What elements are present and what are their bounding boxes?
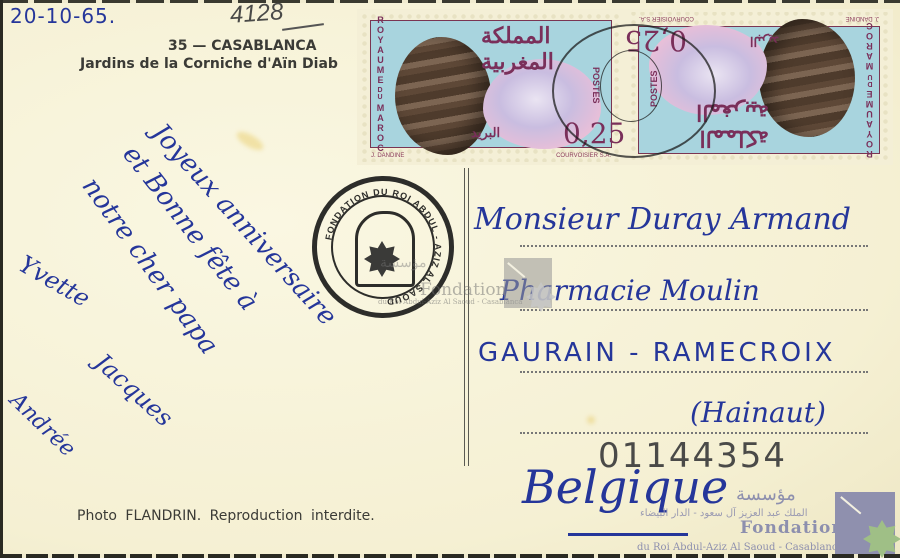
watermark-arabic-title: مؤسسة bbox=[380, 255, 426, 271]
caption-subtitle: Jardins de la Corniche d'Aïn Diab bbox=[80, 56, 338, 72]
photo-credit: Photo FLANDRIN. Reproduction interdite. bbox=[77, 508, 375, 524]
address-recipient: Monsieur Duray Armand bbox=[474, 202, 851, 237]
stamp-country-label: ROYAUME DU MAROC bbox=[373, 27, 387, 141]
stamp-arabic-label: البريد bbox=[750, 33, 779, 49]
handwritten-date: 20-10-65. bbox=[10, 4, 116, 28]
stamp-printer: COURVOISIER S.A. bbox=[556, 153, 611, 159]
stamp-country-label: ROYAUME DU MAROC bbox=[863, 33, 877, 147]
postcard-divider bbox=[464, 168, 469, 466]
caption-title: 35 — CASABLANCA bbox=[168, 38, 317, 54]
watermark-title: Fondation bbox=[740, 518, 845, 538]
octagram-star-icon bbox=[863, 520, 900, 558]
address-line-rule bbox=[520, 371, 868, 373]
stain-mark bbox=[587, 416, 595, 424]
address-city: GAURAIN - RAMECROIX bbox=[478, 338, 836, 368]
watermark-logo bbox=[504, 258, 552, 308]
card-top-edge bbox=[0, 0, 900, 3]
country-underline bbox=[568, 533, 688, 536]
postmark-inner-circle bbox=[600, 50, 662, 122]
card-bottom-edge bbox=[0, 554, 900, 558]
signature-andree: Andrée bbox=[5, 388, 80, 462]
card-left-edge bbox=[0, 0, 3, 558]
signature-yvette: Yvette bbox=[14, 250, 95, 313]
signature-jacques: Jacques bbox=[89, 348, 178, 432]
foundation-logo-icon bbox=[835, 492, 895, 554]
address-province: (Hainaut) bbox=[690, 396, 826, 429]
address-line-rule bbox=[520, 432, 868, 434]
watermark-subtitle: du Roi Abdul-Aziz Al Saoud - Casablanca bbox=[378, 298, 522, 306]
postcard-back: 20-10-65. 4128 35 — CASABLANCA Jardins d… bbox=[0, 0, 900, 558]
address-line-rule bbox=[520, 245, 868, 247]
stamp-printer: COURVOISIER S.A. bbox=[639, 15, 694, 21]
stain-mark bbox=[234, 128, 266, 153]
stamp-designer: J. DANDINE bbox=[371, 153, 404, 159]
stamp-arabic-label: البريد bbox=[471, 125, 500, 141]
watermark-arabic-title: مؤسسة bbox=[736, 484, 796, 505]
underline-mark bbox=[282, 23, 324, 31]
stamp-designer: J. DANDINE bbox=[846, 15, 879, 21]
reference-number: 4128 bbox=[229, 0, 284, 30]
address-line-rule bbox=[520, 309, 868, 311]
watermark-title: Fondation bbox=[420, 280, 507, 300]
address-country: Belgique bbox=[522, 460, 728, 514]
watermark-subtitle: du Roi Abdul-Aziz Al Saoud - Casablanca bbox=[637, 542, 843, 553]
